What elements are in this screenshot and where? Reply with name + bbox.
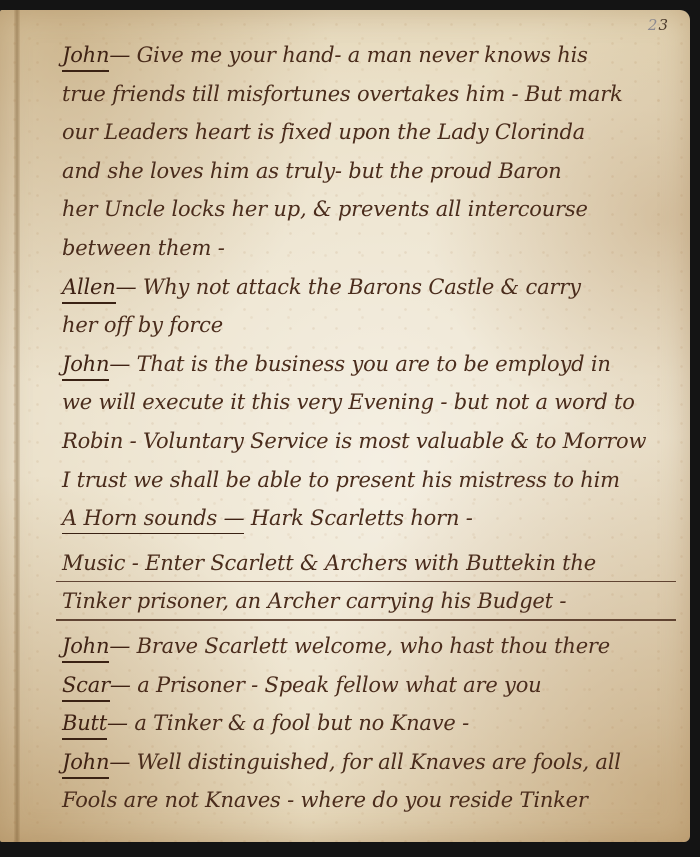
direction-dash: —: [217, 506, 244, 530]
speaker-dash: —: [116, 275, 143, 299]
manuscript-line: John— That is the business you are to be…: [62, 345, 676, 384]
manuscript-line: Allen— Why not attack the Barons Castle …: [62, 268, 676, 307]
stage-direction-line: Tinker prisoner, an Archer carrying his …: [62, 582, 676, 621]
manuscript-text: John— Give me your hand- a man never kno…: [62, 36, 676, 820]
manuscript-line: Butt— a Tinker & a fool but no Knave -: [62, 704, 676, 743]
manuscript-line: John— Give me your hand- a man never kno…: [62, 36, 676, 75]
folio-number: 23: [648, 16, 668, 34]
speaker-name: Butt: [62, 704, 107, 742]
line-text: I trust we shall be able to present his …: [62, 468, 620, 492]
line-text: That is the business you are to be emplo…: [137, 352, 611, 376]
manuscript-line: John— Well distinguished, for all Knaves…: [62, 743, 676, 782]
manuscript-line: I trust we shall be able to present his …: [62, 461, 676, 500]
speaker-dash: —: [109, 634, 136, 658]
speaker-dash: —: [109, 750, 136, 774]
manuscript-line: and she loves him as truly- but the prou…: [62, 152, 676, 191]
folio-pencil-digit: 2: [648, 16, 658, 34]
stage-direction-text: Music - Enter Scarlett & Archers with Bu…: [62, 551, 596, 575]
manuscript-line: between them -: [62, 229, 676, 268]
stage-direction-text: A Horn sounds: [62, 506, 217, 530]
manuscript-line: Fools are not Knaves - where do you resi…: [62, 781, 676, 820]
line-text: Fools are not Knaves - where do you resi…: [62, 788, 588, 812]
line-text: Why not attack the Barons Castle & carry: [143, 275, 581, 299]
line-text: our Leaders heart is fixed upon the Lady…: [62, 120, 585, 144]
speaker-dash: —: [107, 711, 134, 735]
line-text: Give me your hand- a man never knows his: [137, 43, 588, 67]
scan-frame: 23 John— Give me your hand- a man never …: [0, 0, 700, 857]
manuscript-line: we will execute it this very Evening - b…: [62, 383, 676, 422]
manuscript-line: Scar— a Prisoner - Speak fellow what are…: [62, 666, 676, 705]
manuscript-line: Robin - Voluntary Service is most valuab…: [62, 422, 676, 461]
line-text: we will execute it this very Evening - b…: [62, 390, 635, 414]
line-text: Well distinguished, for all Knaves are f…: [137, 750, 621, 774]
folio-ink-digit: 3: [658, 16, 668, 34]
line-text: a Tinker & a fool but no Knave -: [134, 711, 469, 735]
manuscript-line: her Uncle locks her up, & prevents all i…: [62, 190, 676, 229]
line-text: true friends till misfortunes overtakes …: [62, 82, 623, 106]
manuscript-line: A Horn sounds — Hark Scarletts horn -: [62, 499, 676, 538]
stage-direction-line: Music - Enter Scarlett & Archers with Bu…: [62, 544, 676, 583]
line-text: Robin - Voluntary Service is most valuab…: [62, 429, 646, 453]
stage-direction: A Horn sounds —: [62, 499, 244, 537]
manuscript-line: her off by force: [62, 306, 676, 345]
line-text: Hark Scarletts horn -: [251, 506, 473, 530]
line-text: a Prisoner - Speak fellow what are you: [137, 673, 541, 697]
speaker-name: Scar: [62, 666, 110, 704]
line-text: and she loves him as truly- but the prou…: [62, 159, 562, 183]
speaker-name: John: [62, 345, 109, 383]
speaker-name: John: [62, 743, 109, 781]
line-text: Brave Scarlett welcome, who hast thou th…: [137, 634, 610, 658]
speaker-dash: —: [110, 673, 137, 697]
speaker-dash: —: [109, 43, 136, 67]
underline-rule: [56, 619, 676, 621]
speaker-name: Allen: [62, 268, 116, 306]
speaker-name: John: [62, 627, 109, 665]
manuscript-line: true friends till misfortunes overtakes …: [62, 75, 676, 114]
line-text: between them -: [62, 236, 225, 260]
speaker-dash: —: [109, 352, 136, 376]
manuscript-line: our Leaders heart is fixed upon the Lady…: [62, 113, 676, 152]
manuscript-page: 23 John— Give me your hand- a man never …: [0, 10, 690, 842]
manuscript-line: John— Brave Scarlett welcome, who hast t…: [62, 627, 676, 666]
line-text: her off by force: [62, 313, 223, 337]
stage-direction-text: Tinker prisoner, an Archer carrying his …: [62, 589, 566, 613]
line-text: her Uncle locks her up, & prevents all i…: [62, 197, 588, 221]
speaker-name: John: [62, 36, 109, 74]
